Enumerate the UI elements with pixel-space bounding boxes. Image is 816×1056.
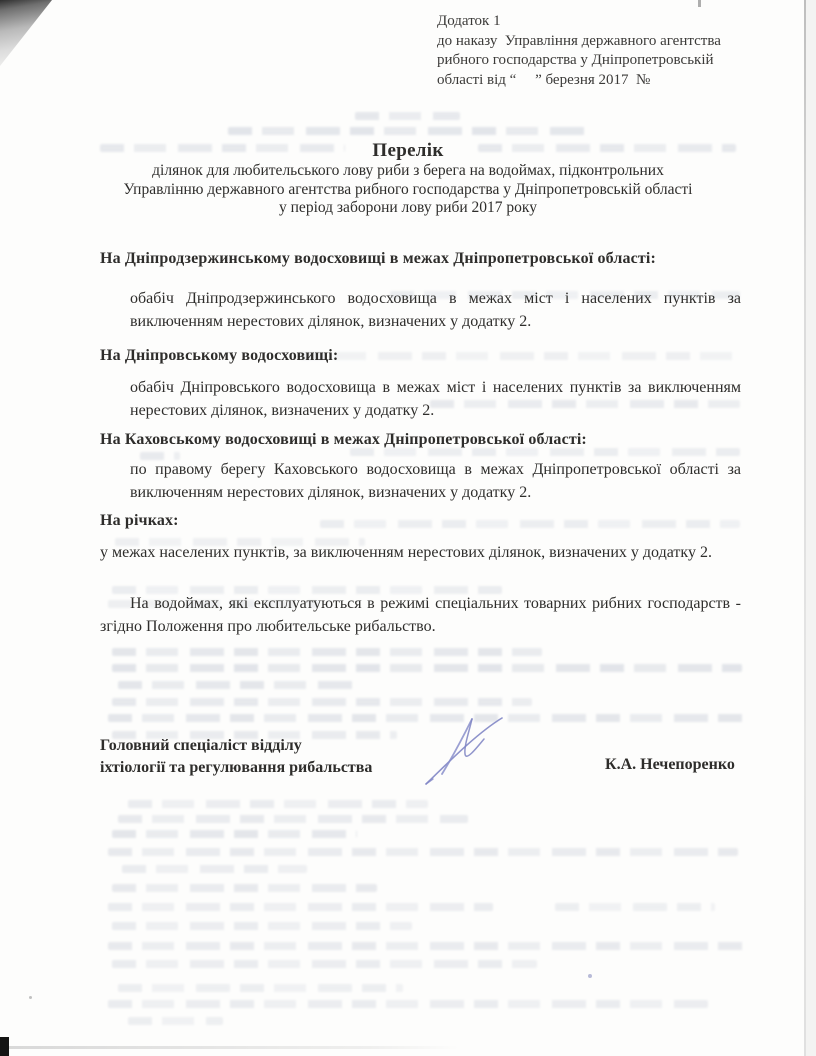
document-body: На Дніпродзержинському водосховищі в меж… xyxy=(100,250,741,815)
annex-note-line: рибного господарства у Дніпропетровській xyxy=(437,51,782,71)
page-edge-margin xyxy=(806,0,816,1056)
page-bottom-shadow xyxy=(9,1046,459,1049)
annex-note-line: області від “ ” березня 2017 № xyxy=(437,71,782,91)
section-body-dniprovske: обабіч Дніпровського водосховища в межах… xyxy=(130,377,741,422)
annex-note-line: до наказу Управління державного агентств… xyxy=(437,32,782,52)
scanned-document-page: Додаток 1 до наказу Управління державног… xyxy=(0,0,816,1056)
section-heading-kakhovske: На Каховському водосховищі в межах Дніпр… xyxy=(100,431,741,449)
document-subtitle-line: у період заборони лову риби 2017 року xyxy=(40,199,776,218)
annex-number: Додаток 1 xyxy=(437,12,782,32)
corner-fold-artifact xyxy=(0,0,52,66)
section-body-dniprodzerzhynske: обабіч Дніпродзержинського водосховища в… xyxy=(130,288,741,333)
closing-paragraph: На водоймах, які експлуатуються в режимі… xyxy=(100,593,741,638)
dust-speck xyxy=(29,996,32,999)
section-body-kakhovske: по правому берегу Каховського водосховищ… xyxy=(130,459,741,504)
scanner-edge-artifact xyxy=(0,1037,9,1056)
scan-mark-top xyxy=(698,0,701,7)
document-title-block: Перелік ділянок для любительського лову … xyxy=(40,140,776,218)
handwritten-signature xyxy=(422,711,520,793)
section-heading-dniprovske: На Дніпровському водосховищі: xyxy=(100,347,741,365)
document-title: Перелік xyxy=(40,140,776,162)
ink-speck xyxy=(588,974,592,978)
document-subtitle-line: Управлінню державного агентства рибного … xyxy=(40,181,776,200)
signature-block: Головний спеціаліст відділу іхтіології т… xyxy=(100,735,741,815)
section-heading-rivers: На річках: xyxy=(100,512,741,530)
section-body-rivers: у межах населених пунктів, за виключення… xyxy=(100,542,741,565)
signatory-name: К.А. Нечепоренко xyxy=(605,756,735,774)
section-heading-dniprodzerzhynske: На Дніпродзержинському водосховищі в меж… xyxy=(100,250,741,268)
document-subtitle-line: ділянок для любительського лову риби з б… xyxy=(40,162,776,181)
annex-note: Додаток 1 до наказу Управління державног… xyxy=(437,12,782,90)
